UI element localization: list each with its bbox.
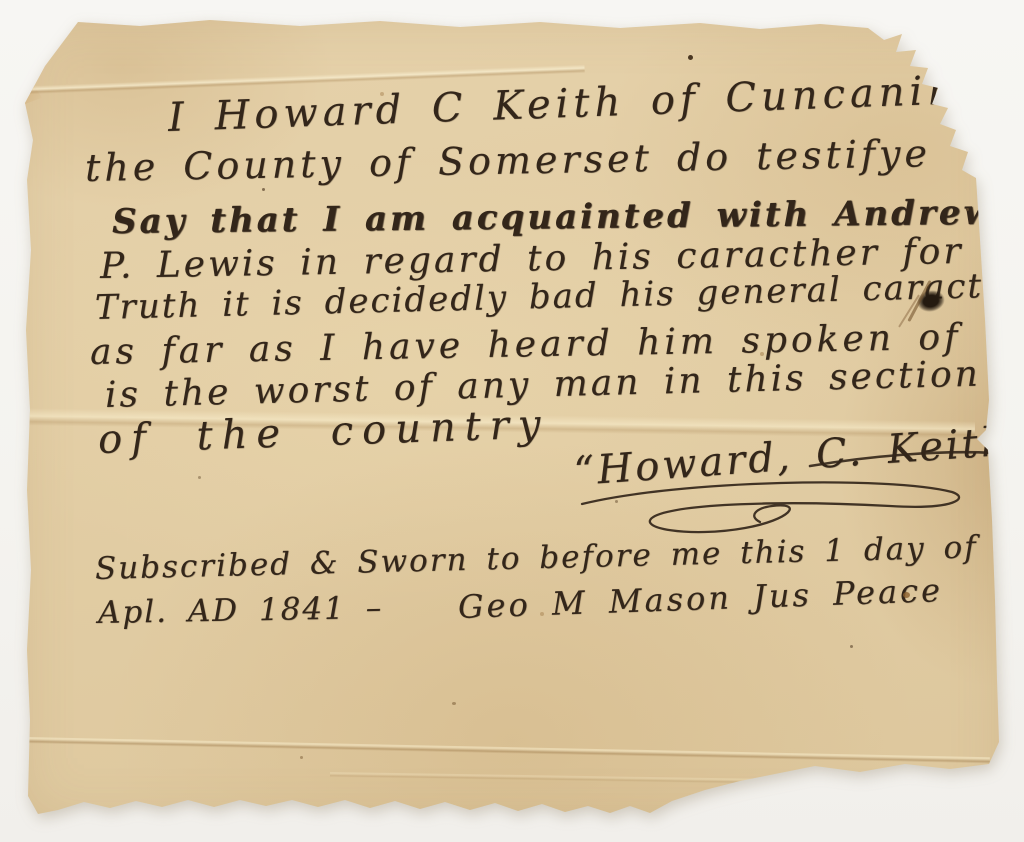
- handwritten-line: I Howard C Keith of Cuncanin: [167, 68, 959, 140]
- crease-line-bottom: [25, 737, 990, 765]
- crease-line-bottom-faint: [330, 772, 980, 788]
- paper-speck: [540, 612, 544, 616]
- torn-corner-fold: [16, 62, 42, 104]
- paper-speck: [300, 756, 303, 759]
- paper-speck: [452, 702, 456, 705]
- paper-speck: [850, 645, 853, 648]
- paper-speck: [380, 92, 384, 96]
- paper-speck: [615, 500, 618, 503]
- paper-speck: [760, 352, 764, 356]
- attestation-officiant: Geo M Mason Jus Peace: [457, 573, 943, 625]
- attestation-date: Apl. AD 1841 –: [98, 591, 384, 630]
- paper-speck: [262, 188, 265, 191]
- paper-speck: [688, 55, 693, 60]
- paper-speck: [903, 592, 910, 598]
- handwritten-line: the County of Somerset do testifye: [85, 133, 932, 190]
- paper-shadow-wrap: I Howard C Keith of Cuncanin the County …: [0, 0, 1024, 842]
- document-paper: I Howard C Keith of Cuncanin the County …: [0, 0, 1024, 842]
- paper-speck: [966, 208, 969, 211]
- scanned-document-page: I Howard C Keith of Cuncanin the County …: [0, 0, 1024, 842]
- paper-speck: [198, 476, 201, 479]
